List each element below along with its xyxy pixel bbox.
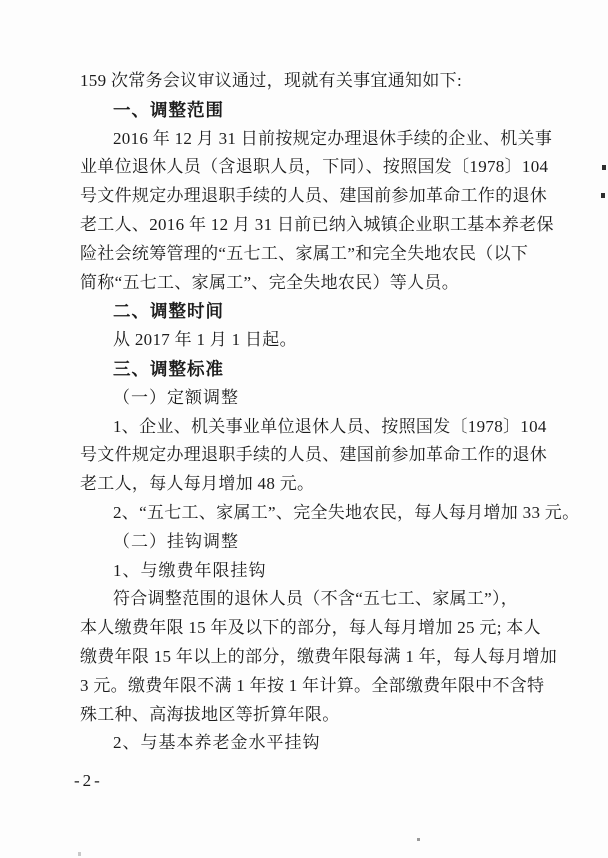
- document-lines: 159 次常务会议审议通过，现就有关事宜通知如下:一、调整范围2016 年 12…: [80, 67, 550, 758]
- document-line: 符合调整范围的退休人员（不含“五七工、家属工”），: [80, 585, 550, 614]
- document-line: 简称“五七工、家属工”、完全失地农民）等人员。: [80, 269, 550, 298]
- document-line: 三、调整标准: [80, 355, 550, 384]
- document-page: 159 次常务会议审议通过，现就有关事宜通知如下:一、调整范围2016 年 12…: [0, 0, 608, 858]
- document-line: （二）挂钩调整: [80, 528, 550, 557]
- document-line: 业单位退休人员（含退职人员，下同）、按照国发〔1978〕104: [80, 153, 550, 182]
- document-line: 本人缴费年限 15 年及以下的部分，每人每月增加 25 元; 本人: [80, 614, 550, 643]
- scan-artifact: [417, 838, 420, 841]
- document-line: 1、与缴费年限挂钩: [80, 557, 550, 586]
- document-line: 老工人，每人每月增加 48 元。: [80, 470, 550, 499]
- document-line: 3 元。缴费年限不满 1 年按 1 年计算。全部缴费年限中不含特: [80, 672, 550, 701]
- document-line: 2、与基本养老金水平挂钩: [80, 729, 550, 758]
- scan-artifact: [602, 165, 606, 170]
- document-line: 二、调整时间: [80, 297, 550, 326]
- document-line: 从 2017 年 1 月 1 日起。: [80, 326, 550, 355]
- document-line: 老工人、2016 年 12 月 31 日前已纳入城镇企业职工基本养老保: [80, 211, 550, 240]
- page-number: -2-: [74, 771, 103, 791]
- document-line: 159 次常务会议审议通过，现就有关事宜通知如下:: [80, 67, 550, 96]
- document-line: 号文件规定办理退职手续的人员、建国前参加革命工作的退休: [80, 441, 550, 470]
- document-line: 殊工种、高海拔地区等折算年限。: [80, 701, 550, 730]
- document-line: 一、调整范围: [80, 96, 550, 125]
- document-line: 1、企业、机关事业单位退休人员、按照国发〔1978〕104: [80, 413, 550, 442]
- document-line: （一）定额调整: [80, 384, 550, 413]
- document-line: 2、“五七工、家属工”、完全失地农民，每人每月增加 33 元。: [80, 499, 550, 528]
- document-line: 2016 年 12 月 31 日前按规定办理退休手续的企业、机关事: [80, 125, 550, 154]
- document-line: 号文件规定办理退职手续的人员、建国前参加革命工作的退休: [80, 182, 550, 211]
- document-line: 险社会统筹管理的“五七工、家属工”和完全失地农民（以下: [80, 240, 550, 269]
- scan-artifact: [601, 193, 605, 198]
- document-line: 缴费年限 15 年以上的部分，缴费年限每满 1 年，每人每月增加: [80, 643, 550, 672]
- scan-artifact: [78, 852, 81, 856]
